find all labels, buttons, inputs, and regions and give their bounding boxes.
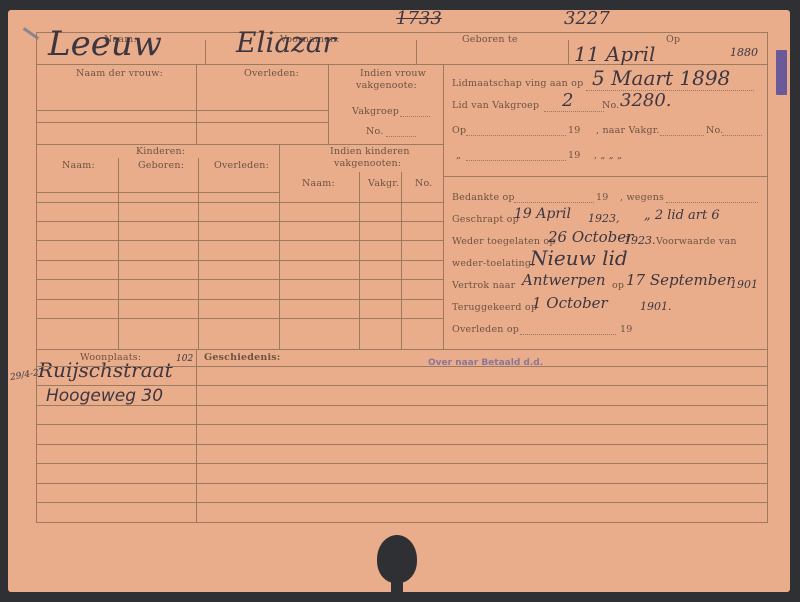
ditto-year: 19 [568,150,581,161]
overleden-op-year: 19 [620,324,633,335]
wife-vakgroep-label: Vakgroep [352,106,399,117]
teruggekeerd-value: 1 October [532,294,608,312]
geschrapt-year: 1923, [588,212,620,225]
vertrok-label: Vertrok naar [452,280,515,291]
weder-toegelaten-value: 26 October [548,228,633,246]
ditto-marks: , „ „ „ [594,150,622,161]
child-sub-naam-label: Naam: [302,178,335,189]
vertrok-op-label: op [612,280,624,291]
birth-date: 11 April [574,42,655,66]
birth-year: 1880 [730,46,758,59]
lid-vakgroep-label: Lid van Vakgroep [452,100,539,111]
address-1-number: 102 [176,354,193,364]
overleden-op-label: Overleden op [452,324,519,335]
child-overleden-label: Overleden: [214,160,269,171]
ditto-mark: „ [456,150,461,161]
child-geboren-label: Geboren: [138,160,184,171]
geschrapt-reason: „ 2 lid art 6 [644,208,720,223]
geboren-te-label: Geboren te [462,34,518,45]
naam-value: Leeuw [48,24,162,64]
lid-no-label: No. [602,100,620,111]
address-1: Ruijschstraat [38,358,173,382]
voornamen-value: Eliazar [236,26,336,59]
struck-number: 1733 [396,8,442,29]
wegens-label: , wegens [620,192,664,203]
weder-toelating-label: weder-toelating: [452,258,535,269]
lid-no-value: 3280. [620,90,672,111]
naam-der-vrouw-label: Naam der vrouw: [76,68,163,79]
bedankte-year: 19 [596,192,609,203]
naar-vakgr-label: , naar Vakgr. [596,125,660,136]
vakgenooten-label: vakgenooten: [334,158,401,169]
vertrok-date: 17 September [626,271,733,289]
weder-toelating-value: Nieuw lid [530,246,628,270]
teruggekeerd-label: Teruggekeerd op [452,302,537,313]
address-2: Hoogeweg 30 [46,386,163,406]
op-label: Op [666,34,680,45]
geschrapt-label: Geschrapt op [452,214,519,225]
membership-card: 1733 3227 Naam: Leeuw Voornamen: Eliazar… [8,10,790,592]
geschiedenis-label: Geschiedenis: [204,352,281,363]
lid-vakgroep-value: 2 [562,90,573,111]
child-sub-vakgr-label: Vakgr. [368,178,399,189]
index-tab [776,50,787,95]
vertrok-place: Antwerpen [522,271,606,289]
vakgenoote-label: vakgenoote: [356,80,417,91]
vertrok-year: 1901 [730,278,758,291]
wife-no-label: No. [366,126,384,137]
geschrapt-value: 19 April [514,206,571,222]
op-transfer-year: 19 [568,125,581,136]
card-number: 3227 [564,8,610,29]
lidmaatschap-label: Lidmaatschap ving aan op [452,78,583,89]
indien-vrouw-label: Indien vrouw [360,68,426,79]
rod-slot [391,570,403,592]
kinderen-label: Kinderen: [136,146,185,157]
lidmaatschap-value: 5 Maart 1898 [592,66,730,90]
child-sub-no-label: No. [415,178,433,189]
op-transfer-label: Op [452,125,466,136]
indien-kinderen-label: Indien kinderen [330,146,410,157]
weder-toegelaten-year: 1923. [624,234,656,247]
transfer-no-label: No. [706,125,724,136]
teruggekeerd-year: 1901. [640,300,672,313]
voorwaarde-label: Voorwaarde van [656,236,737,247]
bedankte-label: Bedankte op [452,192,515,203]
child-naam-label: Naam: [62,160,95,171]
wife-overleden-label: Overleden: [244,68,299,79]
